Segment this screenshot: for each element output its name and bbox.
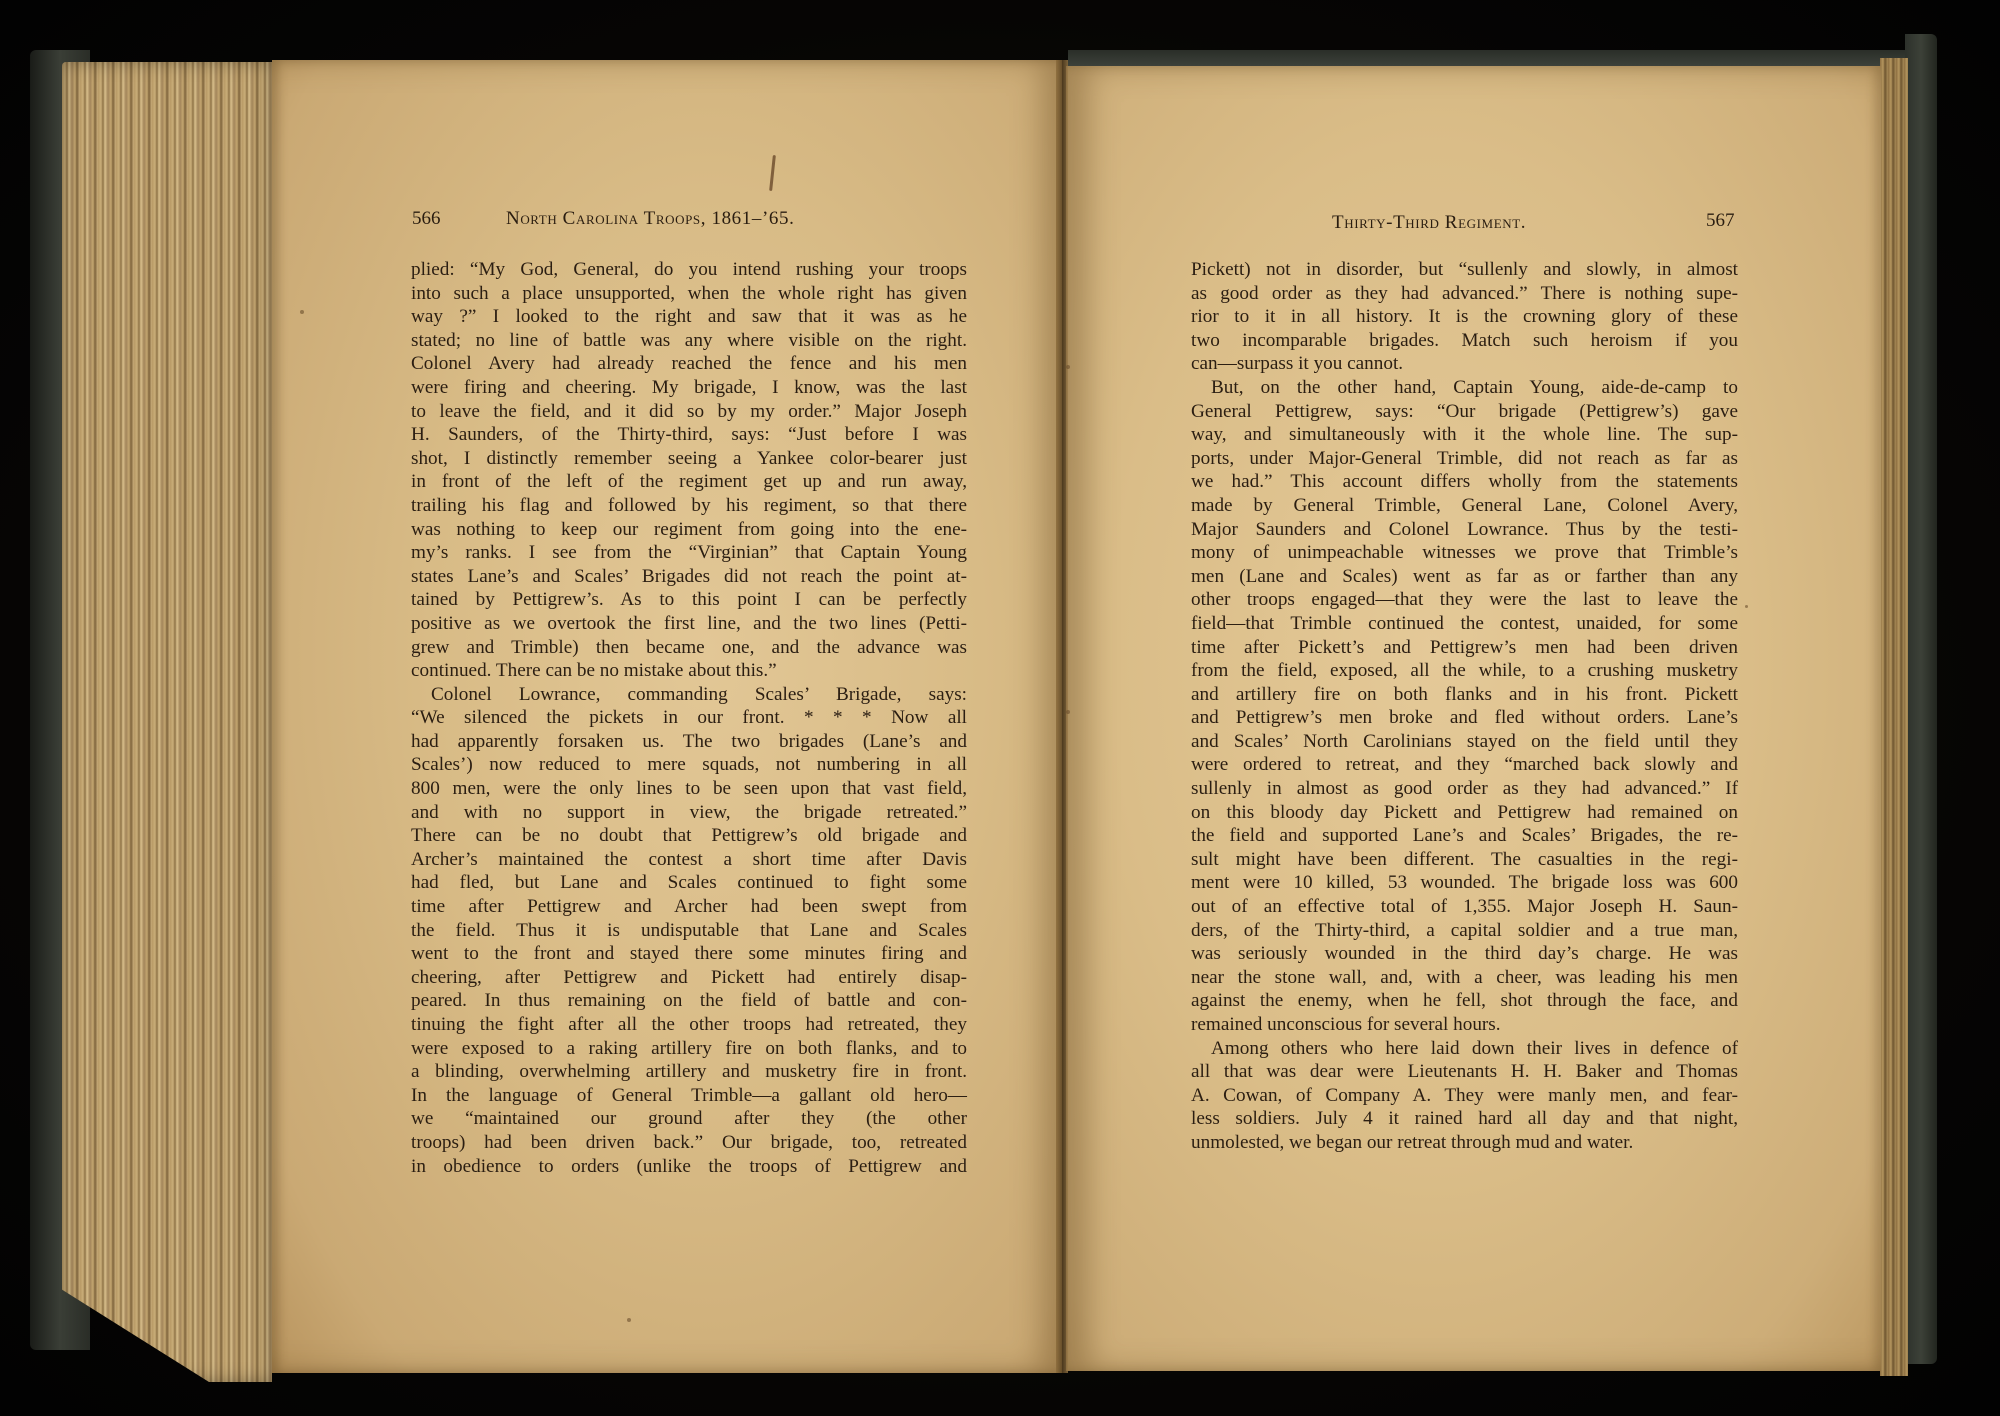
text-line: grew and Trimble) then became one, and t… xyxy=(411,636,967,660)
text-line: troops) had been driven back.” Our briga… xyxy=(411,1131,967,1155)
text-line: my’s ranks. I see from the “Virginian” t… xyxy=(411,541,967,565)
right-page-body: Pickett) not in disorder, but “sullenly … xyxy=(1191,258,1738,1155)
text-line: peared. In thus remaining on the field o… xyxy=(411,989,967,1013)
text-line: against the enemy, when he fell, shot th… xyxy=(1191,989,1738,1013)
text-line: time after Pettigrew and Archer had been… xyxy=(411,895,967,919)
text-line: sult might have been different. The casu… xyxy=(1191,848,1738,872)
text-line: ment were 10 killed, 53 wounded. The bri… xyxy=(1191,871,1738,895)
text-line: and with no support in view, the brigade… xyxy=(411,801,967,825)
text-line: ports, under Major-General Trimble, did … xyxy=(1191,447,1738,471)
text-line: and Pettigrew’s men broke and fled witho… xyxy=(1191,706,1738,730)
text-line: Among others who here laid down their li… xyxy=(1191,1037,1738,1061)
text-line: remained unconscious for several hours. xyxy=(1191,1013,1738,1037)
text-line: had fled, but Lane and Scales continued … xyxy=(411,871,967,895)
text-line: “We silenced the pickets in our front. *… xyxy=(411,706,967,730)
text-line: near the stone wall, and, with a cheer, … xyxy=(1191,966,1738,990)
text-line: positive as we overtook the first line, … xyxy=(411,612,967,636)
text-line: less soldiers. July 4 it rained hard all… xyxy=(1191,1107,1738,1131)
paper-speck xyxy=(1066,365,1070,369)
book-cover-right xyxy=(1905,34,1937,1364)
page-edges-left xyxy=(62,62,272,1382)
text-line: sullenly in almost as good order as they… xyxy=(1191,777,1738,801)
text-line: were ordered to retreat, and they “march… xyxy=(1191,753,1738,777)
text-line: H. Saunders, of the Thirty-third, says: … xyxy=(411,423,967,447)
text-line: trailing his flag and followed by his re… xyxy=(411,494,967,518)
text-line: we “maintained our ground after they (th… xyxy=(411,1107,967,1131)
text-line: unmolested, we began our retreat through… xyxy=(1191,1131,1738,1155)
text-line: Pickett) not in disorder, but “sullenly … xyxy=(1191,258,1738,282)
text-line: General Pettigrew, says: “Our brigade (P… xyxy=(1191,400,1738,424)
text-line: was seriously wounded in the third day’s… xyxy=(1191,942,1738,966)
text-line: on this bloody day Pickett and Pettigrew… xyxy=(1191,801,1738,825)
right-running-head: Thirty-Third Regiment. xyxy=(1332,212,1526,234)
text-line: rior to it in all history. It is the cro… xyxy=(1191,305,1738,329)
text-line: were exposed to a raking artillery fire … xyxy=(411,1037,967,1061)
text-line: shot, I distinctly remember seeing a Yan… xyxy=(411,447,967,471)
text-line: can—surpass it you cannot. xyxy=(1191,352,1738,376)
paper-speck xyxy=(627,1318,631,1322)
text-line: tinuing the fight after all the other tr… xyxy=(411,1013,967,1037)
book-cover-top-right xyxy=(1068,50,1936,66)
right-page-number: 567 xyxy=(1706,210,1735,232)
text-line: and Scales’ North Carolinians stayed on … xyxy=(1191,730,1738,754)
text-line: field—that Trimble continued the contest… xyxy=(1191,612,1738,636)
text-line: was nothing to keep our regiment from go… xyxy=(411,518,967,542)
text-line: states Lane’s and Scales’ Brigades did n… xyxy=(411,565,967,589)
paper-speck xyxy=(1066,710,1070,714)
text-line: time after Pickett’s and Pettigrew’s men… xyxy=(1191,636,1738,660)
text-line: In the language of General Trimble—a gal… xyxy=(411,1084,967,1108)
text-line: other troops engaged—that they were the … xyxy=(1191,588,1738,612)
text-line: mony of unimpeachable witnesses we prove… xyxy=(1191,541,1738,565)
text-line: men (Lane and Scales) went as far as or … xyxy=(1191,565,1738,589)
text-line: ders, of the Thirty-third, a capital sol… xyxy=(1191,919,1738,943)
text-line: Major Saunders and Colonel Lowrance. Thu… xyxy=(1191,518,1738,542)
text-line: Colonel Avery had already reached the fe… xyxy=(411,352,967,376)
text-line: way ?” I looked to the right and saw tha… xyxy=(411,305,967,329)
text-line: a blinding, overwhelming artillery and m… xyxy=(411,1060,967,1084)
text-line: stated; no line of battle was any where … xyxy=(411,329,967,353)
text-line: and artillery fire on both flanks and in… xyxy=(1191,683,1738,707)
text-line: the field. Thus it is undisputable that … xyxy=(411,919,967,943)
text-line: tained by Pettigrew’s. As to this point … xyxy=(411,588,967,612)
text-line: way, and simultaneously with it the whol… xyxy=(1191,423,1738,447)
text-line: two incomparable brigades. Match such he… xyxy=(1191,329,1738,353)
text-line: were firing and cheering. My brigade, I … xyxy=(411,376,967,400)
text-line: A. Cowan, of Company A. They were manly … xyxy=(1191,1084,1738,1108)
book-gutter xyxy=(1056,60,1068,1373)
text-line: all that was dear were Lieutenants H. H.… xyxy=(1191,1060,1738,1084)
text-line: out of an effective total of 1,355. Majo… xyxy=(1191,895,1738,919)
left-page-number: 566 xyxy=(412,208,441,230)
text-line: Colonel Lowrance, commanding Scales’ Bri… xyxy=(411,683,967,707)
text-line: continued. There can be no mistake about… xyxy=(411,659,967,683)
text-line: There can be no doubt that Pettigrew’s o… xyxy=(411,824,967,848)
text-line: in front of the left of the regiment get… xyxy=(411,470,967,494)
left-running-head: North Carolina Troops, 1861–’65. xyxy=(506,208,794,230)
right-running-head-text: Thirty-Third Regiment. xyxy=(1332,212,1526,233)
text-line: Scales’) now reduced to mere squads, not… xyxy=(411,753,967,777)
text-line: to leave the field, and it did so by my … xyxy=(411,400,967,424)
text-line: in obedience to orders (unlike the troop… xyxy=(411,1155,967,1179)
left-page-body: plied: “My God, General, do you intend r… xyxy=(411,258,967,1178)
text-line: we had.” This account differs wholly fro… xyxy=(1191,470,1738,494)
text-line: into such a place unsupported, when the … xyxy=(411,282,967,306)
text-line: from the field, exposed, all the while, … xyxy=(1191,659,1738,683)
text-line: But, on the other hand, Captain Young, a… xyxy=(1191,376,1738,400)
paper-speck xyxy=(300,310,304,314)
text-line: the field and supported Lane’s and Scale… xyxy=(1191,824,1738,848)
paper-speck xyxy=(1745,605,1748,608)
left-running-head-text: North Carolina Troops, 1861–’65. xyxy=(506,208,794,229)
text-line: 800 men, were the only lines to be seen … xyxy=(411,777,967,801)
text-line: plied: “My God, General, do you intend r… xyxy=(411,258,967,282)
text-line: as good order as they had advanced.” The… xyxy=(1191,282,1738,306)
text-line: made by General Trimble, General Lane, C… xyxy=(1191,494,1738,518)
text-line: Archer’s maintained the contest a short … xyxy=(411,848,967,872)
page-edges-right xyxy=(1880,58,1908,1376)
text-line: had apparently forsaken us. The two brig… xyxy=(411,730,967,754)
text-line: went to the front and stayed there some … xyxy=(411,942,967,966)
text-line: cheering, after Pettigrew and Pickett ha… xyxy=(411,966,967,990)
